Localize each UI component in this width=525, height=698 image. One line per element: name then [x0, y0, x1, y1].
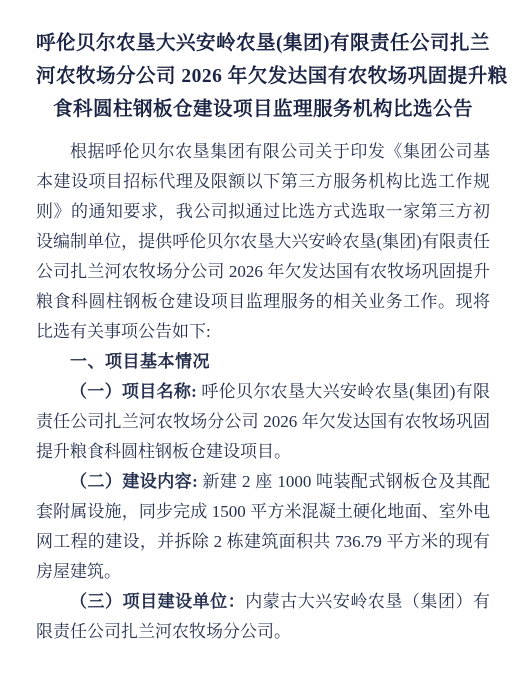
document-title-line: 呼伦贝尔农垦大兴安岭农垦(集团)有限责任公司扎兰	[36, 27, 490, 60]
document-title: 呼伦贝尔农垦大兴安岭农垦(集团)有限责任公司扎兰 河农牧场分公司 2026 年欠…	[36, 27, 490, 126]
document-title-line: 食科圆柱钢板仓建设项目监理服务机构比选公告	[36, 93, 490, 126]
paragraph-construction-content: （二）建设内容: 新建 2 座 1000 吨装配式钢板仓及其配套附属设施，同步完…	[36, 467, 490, 587]
document-body: 根据呼伦贝尔农垦集团有限公司关于印发《集团公司基本建设项目招标代理及限额以下第三…	[36, 137, 490, 647]
announcement-document-page: 呼伦贝尔农垦大兴安岭农垦(集团)有限责任公司扎兰 河农牧场分公司 2026 年欠…	[0, 0, 525, 698]
document-content: 呼伦贝尔农垦大兴安岭农垦(集团)有限责任公司扎兰 河农牧场分公司 2026 年欠…	[0, 0, 525, 647]
document-title-line: 河农牧场分公司 2026 年欠发达国有农牧场巩固提升粮	[36, 60, 490, 93]
item-label-construction-content: （二）建设内容:	[70, 472, 198, 491]
paragraph-construction-unit: （三）项目建设单位：内蒙古大兴安岭农垦（集团）有限责任公司扎兰河农牧场分公司。	[36, 587, 490, 647]
paragraph-intro: 根据呼伦贝尔农垦集团有限公司关于印发《集团公司基本建设项目招标代理及限额以下第三…	[36, 137, 490, 347]
item-label-project-name: （一）项目名称:	[70, 382, 197, 401]
item-label-construction-unit: （三）项目建设单位：	[70, 592, 245, 611]
section-heading-project-basic-info: 一、项目基本情况	[36, 347, 490, 377]
paragraph-project-name: （一）项目名称: 呼伦贝尔农垦大兴安岭农垦(集团)有限责任公司扎兰河农牧场分公司…	[36, 377, 490, 467]
